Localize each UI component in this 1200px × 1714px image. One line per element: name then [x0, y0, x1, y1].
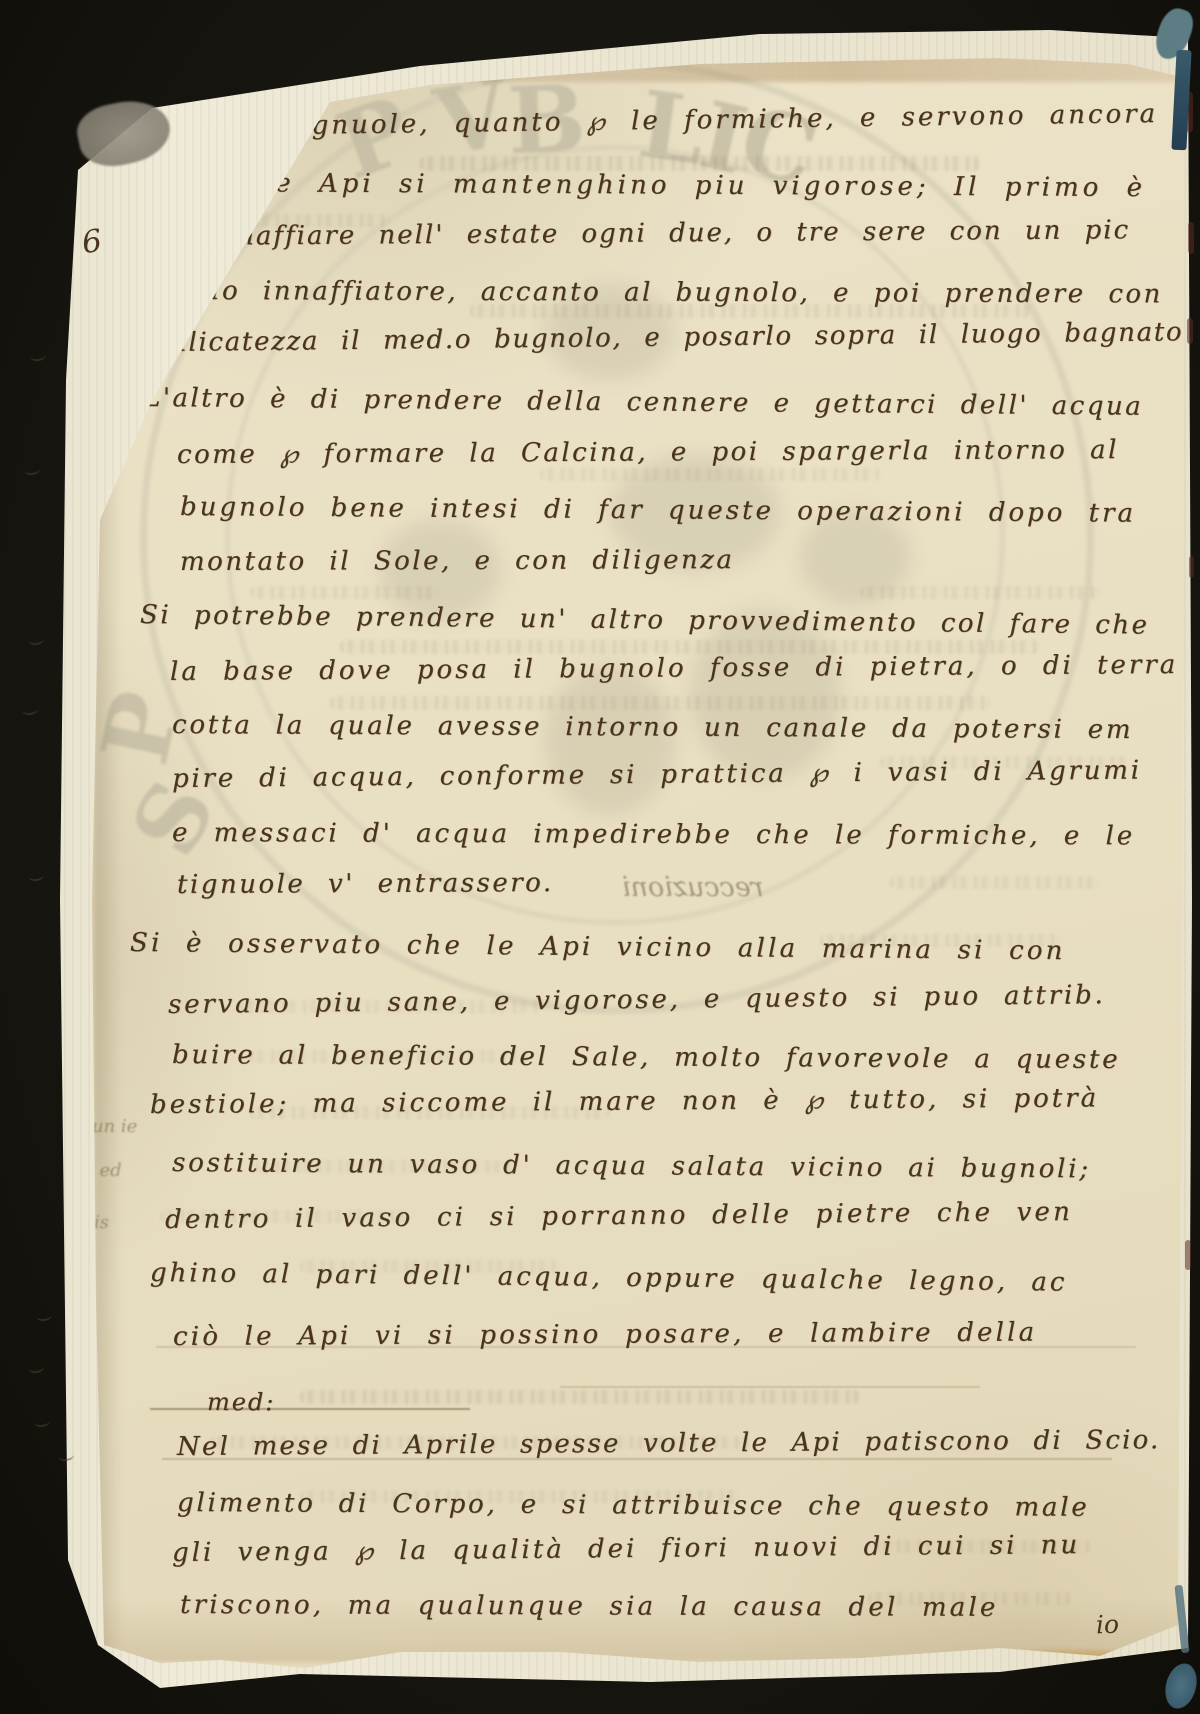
handwritten-line: gli venga ℘ la qualità dei fiori nuovi d… [172, 1530, 1080, 1568]
handwritten-line: bestiole; ma siccome il mare non è ℘ tut… [150, 1083, 1099, 1120]
show-through-rule [560, 1386, 980, 1388]
margin-fragment: reccuzioni [622, 872, 764, 903]
ink-mark [27, 1361, 44, 1374]
handwritten-line: montato il Sole, e con diligenza [180, 545, 735, 577]
show-through-strip [300, 1390, 860, 1404]
handwritten-line: e messaci d' acqua impedirebbe che le fo… [172, 818, 1135, 851]
handwritten-line: med: [207, 1388, 276, 1416]
ink-mark [27, 869, 44, 882]
manuscript-scan: 6 PVBLICPS invitentereccuzioniun iei edi… [0, 0, 1200, 1714]
handwritten-line: colo innaffiatore, accanto al bugnolo, e… [176, 276, 1163, 309]
handwritten-line: ghino al pari dell' acqua, oppure qualch… [150, 1258, 1068, 1298]
handwritten-line: buire al beneficio del Sale, molto favor… [172, 1040, 1121, 1075]
margin-fragment: is [94, 1212, 109, 1233]
show-through-strip [540, 468, 880, 481]
handwritten-line: dentro il vaso ci si porranno delle piet… [165, 1197, 1073, 1235]
show-through-strip [330, 696, 990, 710]
edge-speck [1189, 556, 1194, 578]
margin-fragment: un ie [92, 1116, 137, 1137]
show-through-strip [860, 586, 1100, 599]
handwritten-line: Nel mese di Aprile spesse volte le Api p… [177, 1425, 1161, 1462]
handwritten-line: ciò le Api vi si possino posare, e lambi… [173, 1317, 1037, 1352]
show-through-strip [250, 586, 440, 599]
ink-mark [29, 349, 46, 362]
handwritten-line: tignuole v' entrassero. [177, 868, 554, 900]
ink-mark [27, 633, 44, 646]
handwritten-line: cotta la quale avesse intorno un canale … [172, 710, 1134, 745]
show-through-strip [890, 876, 1100, 889]
show-through-rule [150, 1408, 470, 1410]
handwritten-line: servano piu sane, e vigorose, e questo s… [168, 980, 1106, 1020]
edge-speck [1187, 318, 1193, 344]
handwritten-line: come ℘ formare la Calcina, e poi sparger… [177, 435, 1119, 470]
edge-speck [1185, 1240, 1191, 1270]
ink-mark [33, 1415, 50, 1428]
handwritten-line: che le Api si mantenghino piu vigorose; … [180, 168, 1146, 203]
edge-speck [1188, 222, 1194, 254]
catchword: io [1096, 1610, 1120, 1640]
ink-mark [35, 1309, 52, 1322]
ink-mark [23, 463, 40, 476]
handwritten-line: glimento di Corpo, e si attribuisce che … [177, 1488, 1090, 1523]
handwritten-line: sostituire un vaso d' acqua salata vicin… [172, 1148, 1091, 1184]
binding-thread-end [1161, 1660, 1200, 1712]
ink-mark [21, 703, 38, 716]
handwritten-line: triscono, ma qualunque sia la causa del … [180, 1590, 999, 1623]
